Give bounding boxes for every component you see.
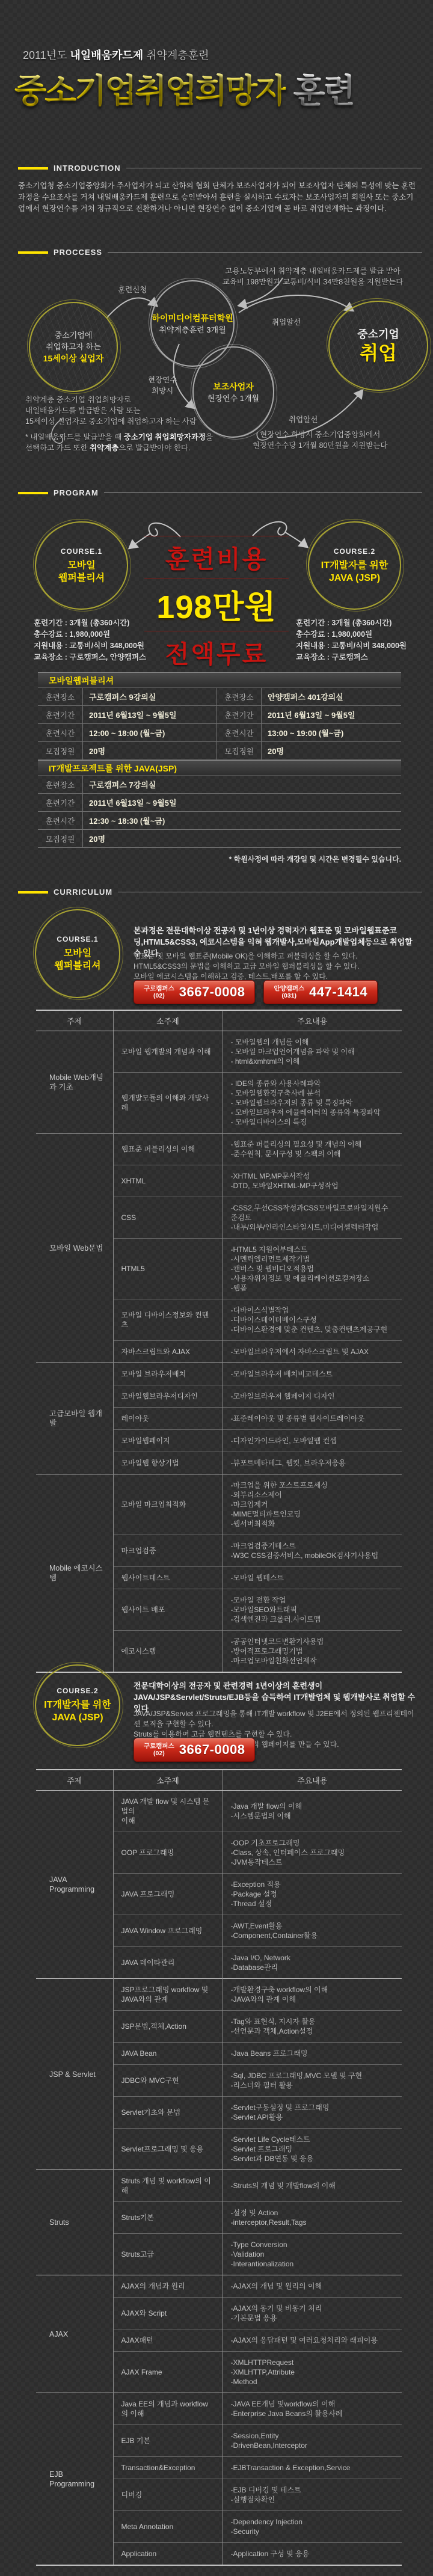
- schedule-value: 2011년 6월13일 ~ 9월5일: [83, 794, 401, 812]
- schedule-value: 20명: [83, 742, 216, 760]
- subtopic-cell: 웹사이트테스트: [113, 1567, 223, 1589]
- detail-label: 지원내용: [34, 642, 69, 650]
- content-cell: -AWT,Event활용 -Component,Container활용: [223, 1915, 402, 1947]
- content-cell: -Tag와 표현식, 지시자 활용 -선언문과 객체,Action설정: [223, 2011, 402, 2043]
- center-circle-line1: 하이미디어컴퓨터학원: [152, 312, 233, 324]
- column-header: 소주제: [113, 1010, 223, 1031]
- topic-cell: 고급모바일 웹개발: [36, 1363, 113, 1474]
- arrow-intern-label: 현장연수 희망시: [148, 374, 177, 396]
- center-circle-line2: 취약계층훈련 3개월: [159, 324, 226, 336]
- content-cell: - IDE의 종류와 사용사례파악 - 모바일웹환경구축사례 분석 - 모바일웹…: [223, 1073, 402, 1133]
- process-top-note: 고용노동부에서 취약계층 내일배움카드제를 발급 받아 교육비 198만원과 교…: [213, 266, 412, 287]
- schedule-note: * 학원사정에 따라 개강일 및 시간은 변경될수 있습니다.: [38, 854, 401, 864]
- course2-phone-buttons: 구로캠퍼스 (02) 3667-0008: [134, 1738, 255, 1762]
- star-note-emphasis2: 취약계층: [90, 444, 118, 452]
- process-left-circle: 중소기업에 취업하고자 하는 15세이상 실업자: [29, 302, 118, 392]
- curriculum-row: AJAXAJAX의 개념과 원리-AJAX의 개념 및 원리의 이해: [36, 2275, 402, 2298]
- guro-phone-button[interactable]: 구로캠퍼스 (02) 3667-0008: [134, 980, 255, 1004]
- subtopic-cell: Transaction&Exception: [113, 2457, 223, 2479]
- course2-title: IT개발자를 위한 JAVA (JSP): [321, 559, 388, 584]
- detail-label: 지원내용: [296, 642, 331, 650]
- course1-title: 모바일 웹퍼블리셔: [54, 947, 100, 972]
- course2-badge: COURSE.2: [57, 1687, 98, 1695]
- subtopic-cell: 레이아웃: [113, 1408, 223, 1430]
- schedule-row-label: 훈련시간: [38, 812, 83, 830]
- schedule-row-label: 훈련장소: [38, 776, 83, 794]
- course1-title: 모바일 웹퍼블리셔: [58, 559, 105, 584]
- subtopic-cell: Struts기본: [113, 2202, 223, 2234]
- process-right-note: 현장연수 희망시 중소기업중앙회에서 현장연수수당 1개월 80만원을 지원받는…: [253, 429, 387, 451]
- process-left-note: 취약계층 중소기업 취업희망자로 내일배움카드를 발급받은 사람 또는 15세이…: [25, 394, 197, 427]
- curriculum-row: JSP & ServletJSP프로그래밍 workflow 및 JAVA와의 …: [36, 1979, 402, 2011]
- course2-badge: COURSE.2: [334, 547, 375, 556]
- schedule-value: 12:30 ~ 18:30 (월~금): [83, 812, 401, 830]
- schedule-row-label: 훈련장소: [38, 688, 83, 706]
- subtopic-cell: Servlet프로그래밍 및 응용: [113, 2129, 223, 2170]
- content-cell: -XMLHTTPRequest -XMLHTTP,Attribute -Meth…: [223, 2352, 402, 2393]
- program-section: COURSE.1 모바일 웹퍼블리셔 훈련비용 198만원 전액무료 COURS…: [0, 508, 433, 688]
- curriculum-course1-circle: COURSE.1 모바일 웹퍼블리셔: [35, 909, 120, 998]
- detail-label: 총수강료: [34, 630, 69, 639]
- content-cell: -AJAX의 개념 및 원리의 이해: [223, 2275, 402, 2298]
- content-cell: -HTML5 지원여부테스트 -시멘틱엘리먼트제작기법 -캔버스 및 웹비디오적…: [223, 1239, 402, 1299]
- schedule-value: 안양캠퍼스 401강의실: [262, 688, 401, 706]
- process-diagram: 고용노동부에서 취약계층 내일배움카드제를 발급 받아 교육비 198만원과 교…: [0, 259, 433, 488]
- anyang-phone-button[interactable]: 안양캠퍼스 (031) 447-1414: [263, 980, 378, 1004]
- subtopic-cell: 디버깅: [113, 2479, 223, 2511]
- process-star-note: * 내일배움카드를 발급받을 때 중소기업 취업희망자과정을 선택하고 카드 또…: [25, 432, 213, 453]
- introduction-divider: INTRODUCTION: [18, 164, 422, 173]
- process-divider: PROCCESS: [18, 248, 422, 257]
- content-cell: -Type Conversion -Validation -Interantio…: [223, 2234, 402, 2275]
- content-cell: -AJAX의 동기 및 비동기 처리 -기본문법 응용: [223, 2298, 402, 2329]
- content-cell: - 모바일웹의 개념를 이해 - 모바일 마크업언어개념을 파악 및 이해 - …: [223, 1031, 402, 1073]
- content-cell: -설정 및 Action -interceptor,Result,Tags: [223, 2202, 402, 2234]
- introduction-body: 중소기업청 중소기업중앙회가 주사업자가 되고 산하의 협회 단체가 보조사업자…: [18, 180, 419, 215]
- schedule-row-label: 훈련시간: [38, 724, 83, 742]
- curriculum-row: EJB ProgrammingJava EE의 개념과 workflow의 이해…: [36, 2393, 402, 2425]
- subtopic-cell: JSP프로그래밍 workflow 및 JAVA와의 관계: [113, 1979, 223, 2011]
- subtopic-cell: HTML5: [113, 1239, 223, 1299]
- schedule-table2: 훈련장소 구로캠퍼스 7강의실 훈련기간 2011년 6월13일 ~ 9월5일 …: [38, 776, 401, 848]
- content-cell: -모바일브라우저 배치비교테스트: [223, 1363, 402, 1385]
- subtitle-prefix: 2011년도: [23, 49, 70, 61]
- subtopic-cell: 모바일 마크업최적화: [113, 1474, 223, 1535]
- detail-row: 지원내용교통비/식비 348,000원: [296, 640, 433, 652]
- subtopic-cell: 모바일 웹개발의 개념과 이해: [113, 1031, 223, 1073]
- curriculum-course2-block: COURSE.2 IT개발자를 위한 JAVA (JSP) 전문대학이상의 전공…: [0, 1664, 433, 1761]
- schedule-value: 구로캠퍼스 9강의실: [83, 688, 216, 706]
- content-cell: -EJBTransaction & Exception,Service: [223, 2457, 402, 2479]
- subtopic-cell: Meta Annotation: [113, 2511, 223, 2543]
- content-cell: -Session,Entity -DrivenBean,Interceptor: [223, 2425, 402, 2457]
- subtopic-cell: Struts 개념 및 workflow의 이해: [113, 2170, 223, 2202]
- topic-cell: AJAX: [36, 2275, 113, 2393]
- subtopic-cell: XHTML: [113, 1165, 223, 1197]
- subtopic-cell: 마크업검증: [113, 1535, 223, 1567]
- schedule-value: 12:00 ~ 18:00 (월~금): [83, 724, 216, 742]
- course1-badge: COURSE.1: [57, 935, 98, 943]
- detail-value: 3개월 (총360시간): [69, 619, 129, 627]
- content-cell: -Servlet Life Cycle테스트 -Servlet 프로그래밍 -S…: [223, 2129, 402, 2170]
- schedule-value: 2011년 6월13일 ~ 9월5일: [262, 706, 401, 724]
- column-header: 주요내용: [223, 1770, 402, 1791]
- content-cell: -Java 개발 flow의 이해 -시스템문법의 이해: [223, 1791, 402, 1832]
- star-note-text: * 내일배움카드를 발급받을 때: [25, 433, 124, 441]
- curriculum-table-course1: 주제소주제주요내용Mobile Web개념 과 기초모바일 웹개발의 개념과 이…: [36, 1010, 402, 1673]
- schedule-row-label: 모집정원: [216, 742, 262, 760]
- course1-intro-lines: 웹표준 및 모바일 웹표준(Mobile OK)을 이해하고 퍼블리싱을 할 수…: [134, 951, 421, 982]
- star-note-emphasis1: 중소기업 취업희망자과정: [124, 433, 206, 441]
- detail-row: 총수강료1,980,000원: [296, 629, 433, 640]
- schedule-row-label: 훈련기간: [216, 706, 262, 724]
- divider-line: [118, 892, 422, 892]
- topic-cell: Mobile Web개념 과 기초: [36, 1031, 113, 1133]
- arrow-job-top-line: [239, 295, 352, 313]
- content-cell: -모바일 전환 작업 -모바일SEO와트래픽 -검색엔진과 크롤러,사이트맵: [223, 1589, 402, 1631]
- content-cell: -Java I/O, Network -Database관리: [223, 1947, 402, 1979]
- schedule-value: 2011년 6월13일 ~ 9월5일: [83, 706, 216, 724]
- curriculum-course2-circle: COURSE.2 IT개발자를 위한 JAVA (JSP): [35, 1664, 120, 1746]
- subtopic-cell: AJAX와 Script: [113, 2298, 223, 2329]
- course2-title: IT개발자를 위한 JAVA (JSP): [44, 1699, 111, 1724]
- subtopic-cell: JAVA 데이타관리: [113, 1947, 223, 1979]
- subtopic-cell: 웹표준 퍼블리싱의 이해: [113, 1133, 223, 1165]
- subtopic-cell: Servlet기초와 문법: [113, 2097, 223, 2129]
- column-header: 주제: [36, 1010, 113, 1031]
- content-cell: -표준레이아웃 및 종류별 웹사이트레이아웃: [223, 1408, 402, 1430]
- subtopic-cell: JAVA 개발 flow 및 시스템 문법의 이해: [113, 1791, 223, 1832]
- content-cell: -디바이스식별작업 -디바이스데이터베이스구성 -디바이스환경에 맞춘 컨텐츠,…: [223, 1299, 402, 1341]
- phone-number: 3667-0008: [179, 984, 245, 1000]
- subtopic-cell: Application: [113, 2543, 223, 2566]
- subtopic-cell: EJB 기본: [113, 2425, 223, 2457]
- schedule-table1-title: 모바일웹퍼블리셔: [38, 672, 401, 688]
- column-header: 주요내용: [223, 1010, 402, 1031]
- subtopic-cell: JSP문법,객체,Action: [113, 2011, 223, 2043]
- content-cell: -Exception 적용 -Package 설정 -Thread 설정: [223, 1874, 402, 1915]
- content-cell: -AJAX의 응답패턴 및 여러요청처리와 래피이용: [223, 2329, 402, 2352]
- subtopic-cell: 모바일웹페이지: [113, 1430, 223, 1452]
- divider-dash: [18, 891, 48, 894]
- content-cell: -모바일 웹테스트: [223, 1567, 402, 1589]
- content-cell: -Struts의 개념 및 개발flow의 이해: [223, 2170, 402, 2202]
- content-cell: -Application 구성 및 응용: [223, 2543, 402, 2566]
- cost-line-top: 훈련비용: [144, 536, 289, 578]
- subtopic-cell: 모바일웹브라우저디자인: [113, 1385, 223, 1408]
- curriculum-divider-label: CURRICULUM: [54, 888, 112, 897]
- guro-phone-button[interactable]: 구로캠퍼스 (02) 3667-0008: [134, 1738, 255, 1762]
- detail-value: 교통비/식비 348,000원: [69, 642, 144, 650]
- schedule-row-label: 모집정원: [38, 830, 83, 848]
- detail-row: 지원내용교통비/식비 348,000원: [34, 640, 172, 652]
- detail-row: 총수강료1,980,000원: [34, 629, 172, 640]
- divider-line: [104, 492, 422, 493]
- curriculum-row: Mobile Web개념 과 기초모바일 웹개발의 개념과 이해- 모바일웹의 …: [36, 1031, 402, 1073]
- divider-dash: [18, 492, 48, 494]
- topic-cell: EJB Programming: [36, 2393, 113, 2566]
- poster-page: 2011년도 내일배움카드제 취약계층훈련 중소기업취업희망자 훈련 INTRO…: [0, 0, 433, 2576]
- schedule-row-label: 훈련장소: [216, 688, 262, 706]
- subtitle-emphasis: 내일배움카드제: [70, 49, 143, 61]
- schedule-value: 구로캠퍼스 7강의실: [83, 776, 401, 794]
- content-cell: -개발환경구축 workflow의 이해 -JAVA와의 관계 이해: [223, 1979, 402, 2011]
- content-cell: -JAVA EE개념 및workflow의 이해 -Enterprise Jav…: [223, 2393, 402, 2425]
- subtopic-cell: 자바스크립트와 AJAX: [113, 1341, 223, 1363]
- page-title: 중소기업취업희망자 훈련: [14, 67, 354, 115]
- schedule-value: 20명: [262, 742, 401, 760]
- right-circle-line1: 중소기업: [357, 327, 399, 342]
- title-yellow: 중소기업취업희망자: [14, 72, 286, 109]
- curriculum-row: 고급모바일 웹개발모바일 브라우저배치-모바일브라우저 배치비교테스트: [36, 1363, 402, 1385]
- bottom-circle-line1: 보조사업자: [213, 381, 254, 393]
- schedule-value: 13:00 ~ 19:00 (월~금): [262, 724, 401, 742]
- arrow-job-top-label: 취업알선: [272, 316, 301, 327]
- content-cell: -마크업을 위한 포스트프로세싱 -외부리소스제어 -마크업제거 -MIME멀티…: [223, 1474, 402, 1535]
- subtopic-cell: OOP 프로그래밍: [113, 1832, 223, 1874]
- campus-label: 구로캠퍼스 (02): [144, 985, 174, 999]
- curriculum-table-course2: 주제소주제주요내용JAVA ProgrammingJAVA 개발 flow 및 …: [36, 1769, 402, 2566]
- content-cell: -웹표준 퍼블리싱의 필요성 및 개념의 이해 -준수원칙, 문서구성 및 스팩…: [223, 1133, 402, 1165]
- detail-value: 1,980,000원: [69, 630, 110, 639]
- curriculum-row: Mobile 에코시스템모바일 마크업최적화-마크업을 위한 포스트프로세싱 -…: [36, 1474, 402, 1535]
- schedule-section: 모바일웹퍼블리셔 훈련장소 구로캠퍼스 9강의실 훈련장소 안양캠퍼스 401강…: [38, 672, 401, 864]
- phone-number: 3667-0008: [179, 1742, 245, 1758]
- detail-row: 훈련기간3개월 (총360시간): [296, 618, 433, 629]
- left-circle-line3: 15세이상 실업자: [43, 352, 104, 364]
- divider-line: [108, 252, 422, 253]
- topic-cell: 모바일 Web문법: [36, 1133, 113, 1363]
- content-cell: -마크업검증기테스트 -W3C CSS검증서비스, mobileOK검사기사용법: [223, 1535, 402, 1567]
- arrow-job-bottom-label: 취업알선: [289, 414, 318, 425]
- schedule-table2-title: IT개발프로젝트를 위한 JAVA(JSP): [38, 760, 401, 776]
- title-white: 훈련: [286, 72, 354, 109]
- detail-value: 구로캠퍼스: [331, 653, 367, 661]
- course1-badge: COURSE.1: [61, 547, 102, 556]
- content-cell: -Java Beans 프로그래밍: [223, 2043, 402, 2065]
- divider-dash: [18, 167, 48, 170]
- detail-row: 훈련기간3개월 (총360시간): [34, 618, 172, 629]
- introduction-divider-label: INTRODUCTION: [54, 164, 121, 173]
- schedule-table1: 훈련장소 구로캠퍼스 9강의실 훈련장소 안양캠퍼스 401강의실 훈련기간 2…: [38, 688, 401, 760]
- subtopic-cell: 웹개발모듈의 이해와 개발사례: [113, 1073, 223, 1133]
- content-cell: -EJB 디버깅 및 테스트 -실행절차확인: [223, 2479, 402, 2511]
- subtopic-cell: 모바일웹 향상기법: [113, 1452, 223, 1474]
- content-cell: -OOP 기초프로그래밍 -Class, 상속, 인터페이스 프로그래밍 -JV…: [223, 1832, 402, 1874]
- divider-line: [126, 168, 422, 168]
- subtopic-cell: 웹사이트 배포: [113, 1589, 223, 1631]
- course1-phone-buttons: 구로캠퍼스 (02) 3667-0008 안양캠퍼스 (031) 447-141…: [134, 980, 378, 1004]
- schedule-row-label: 훈련기간: [38, 706, 83, 724]
- schedule-row-label: 모집정원: [38, 742, 83, 760]
- campus-label: 구로캠퍼스 (02): [144, 1743, 174, 1757]
- process-right-circle: 중소기업 취업: [328, 301, 428, 391]
- detail-label: 훈련기간: [296, 619, 331, 627]
- bottom-circle-line2: 현장연수 1개월: [207, 393, 259, 404]
- detail-row: 교육장소구로캠퍼스, 안양캠퍼스: [34, 652, 172, 663]
- content-cell: -모바일브라우저에서 자바스크립트 및 AJAX: [223, 1341, 402, 1363]
- curriculum-header-row: 주제소주제주요내용: [36, 1770, 402, 1791]
- subtitle-suffix: 취약계층훈련: [143, 49, 209, 61]
- subtopic-cell: AJAX의 개념과 원리: [113, 2275, 223, 2298]
- subtopic-cell: 모바일 디바이스정보와 컨텐츠: [113, 1299, 223, 1341]
- topic-cell: Struts: [36, 2170, 113, 2275]
- process-bottom-circle: 보조사업자 현장연수 1개월: [192, 346, 274, 438]
- star-note-text: 으로 발급받아야 한다.: [118, 444, 190, 452]
- topic-cell: JAVA Programming: [36, 1791, 113, 1979]
- curriculum-row: JAVA ProgrammingJAVA 개발 flow 및 시스템 문법의 이…: [36, 1791, 402, 1832]
- program-divider: PROGRAM: [18, 488, 422, 497]
- schedule-row-label: 훈련기간: [38, 794, 83, 812]
- column-header: 소주제: [113, 1770, 223, 1791]
- left-circle-line1: 중소기업에: [55, 330, 93, 341]
- content-cell: -Sql, JDBC 프로그래밍,MVC 모델 및 구현 -리스너와 필터 활용: [223, 2065, 402, 2097]
- arrow-apply-label: 훈련신청: [118, 284, 147, 295]
- content-cell: -XHTML MP,MP문서작성 -DTD, 모바일XHTML-MP구성작업: [223, 1165, 402, 1197]
- content-cell: -모바일브라우저 웹페이지 디자인: [223, 1385, 402, 1408]
- schedule-value: 20명: [83, 830, 401, 848]
- detail-label: 교육장소: [34, 653, 69, 661]
- content-cell: -CSS2,무선CSS작성과CSS모바일프로파일지원수준검토 -내부/외부/인라…: [223, 1197, 402, 1239]
- curriculum-header-row: 주제소주제주요내용: [36, 1010, 402, 1031]
- schedule-row-label: 훈련시간: [216, 724, 262, 742]
- content-cell: -디자인가이드라인, 모바일웹 컨셉: [223, 1430, 402, 1452]
- program-course2-circle: COURSE.2 IT개발자를 위한 JAVA (JSP): [308, 521, 401, 610]
- detail-value: 1,980,000원: [331, 630, 372, 639]
- phone-number: 447-1414: [309, 984, 367, 1000]
- column-header: 주제: [36, 1770, 113, 1791]
- detail-label: 훈련기간: [34, 619, 69, 627]
- program-course1-circle: COURSE.1 모바일 웹퍼블리셔: [35, 521, 128, 610]
- subtopic-cell: Struts고급: [113, 2234, 223, 2275]
- campus-label: 안양캠퍼스 (031): [274, 985, 304, 999]
- curriculum-divider: CURRICULUM: [18, 888, 422, 897]
- program-divider-label: PROGRAM: [54, 488, 99, 497]
- subtopic-cell: JDBC와 MVC구현: [113, 2065, 223, 2097]
- subtopic-cell: JAVA Window 프로그래밍: [113, 1915, 223, 1947]
- detail-row: 교육장소구로캠퍼스: [296, 652, 433, 663]
- content-cell: -Dependency Injection -Security: [223, 2511, 402, 2543]
- process-divider-label: PROCCESS: [54, 248, 102, 257]
- header-subtitle: 2011년도 내일배움카드제 취약계층훈련: [23, 47, 209, 63]
- subtopic-cell: AJAX패턴: [113, 2329, 223, 2352]
- detail-label: 교육장소: [296, 653, 331, 661]
- subtopic-cell: JAVA Bean: [113, 2043, 223, 2065]
- subtopic-cell: JAVA 프로그래밍: [113, 1874, 223, 1915]
- subtopic-cell: Java EE의 개념과 workflow의 이해: [113, 2393, 223, 2425]
- detail-value: 구로캠퍼스, 안양캠퍼스: [69, 653, 146, 661]
- content-cell: -뷰포트메타테그, 웹킷, 브라우저응용: [223, 1452, 402, 1474]
- subtopic-cell: 모바일 브라우저배치: [113, 1363, 223, 1385]
- right-circle-line2: 취업: [360, 342, 397, 364]
- detail-value: 교통비/식비 348,000원: [331, 642, 407, 650]
- curriculum-row: StrutsStruts 개념 및 workflow의 이해-Struts의 개…: [36, 2170, 402, 2202]
- detail-label: 총수강료: [296, 630, 331, 639]
- left-circle-line2: 취업하고자 하는: [46, 341, 101, 352]
- curriculum-course1-block: COURSE.1 모바일 웹퍼블리셔 본과정은 전문대학이상 전공자 및 1년이…: [0, 909, 433, 1005]
- topic-cell: JSP & Servlet: [36, 1979, 113, 2170]
- detail-value: 3개월 (총360시간): [331, 619, 392, 627]
- subtopic-cell: CSS: [113, 1197, 223, 1239]
- curriculum-row: 모바일 Web문법웹표준 퍼블리싱의 이해-웹표준 퍼블리싱의 필요성 및 개념…: [36, 1133, 402, 1165]
- subtopic-cell: AJAX Frame: [113, 2352, 223, 2393]
- topic-cell: Mobile 에코시스템: [36, 1474, 113, 1673]
- divider-dash: [18, 251, 48, 254]
- course1-details: 훈련기간3개월 (총360시간) 총수강료1,980,000원 지원내용교통비/…: [34, 618, 172, 663]
- course2-details: 훈련기간3개월 (총360시간) 총수강료1,980,000원 지원내용교통비/…: [296, 618, 433, 663]
- content-cell: -Servlet구동설정 및 프로그래밍 -Servlet API활용: [223, 2097, 402, 2129]
